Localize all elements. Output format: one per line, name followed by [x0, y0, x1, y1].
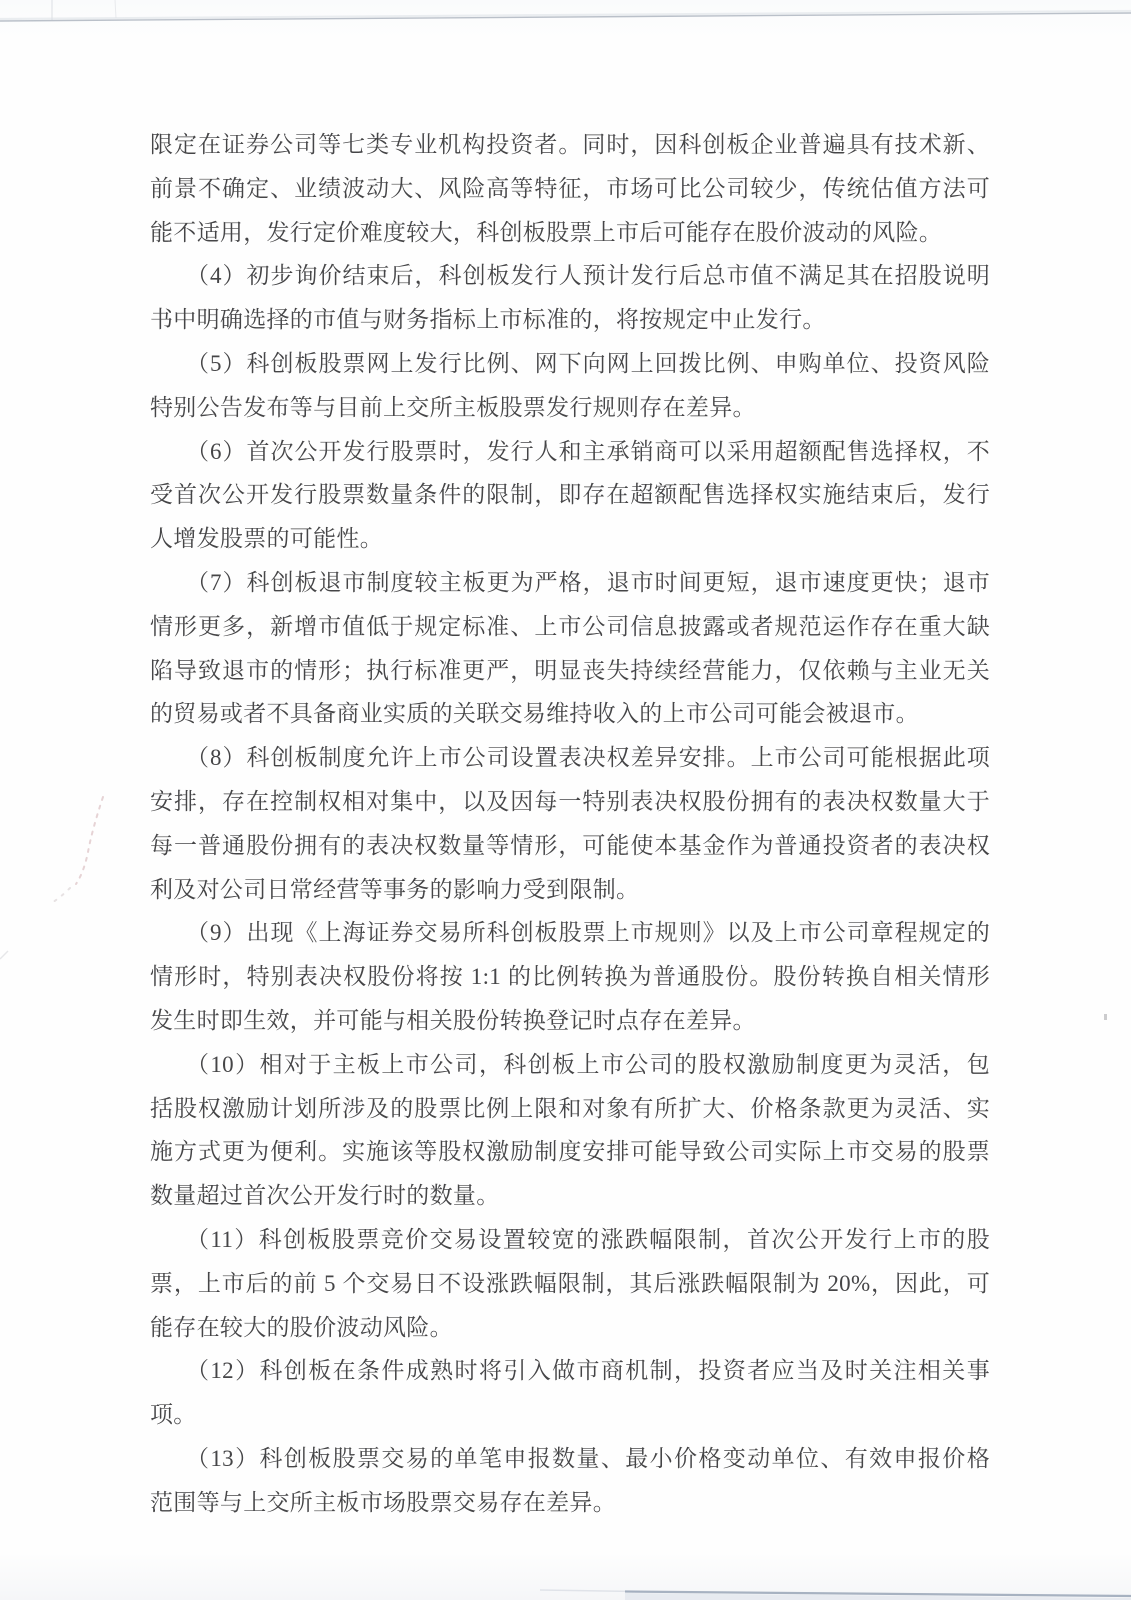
text-line: 能不适用，发行定价难度较大，科创板股票上市后可能存在股价波动的风险。: [150, 211, 990, 255]
top-tick-mark: [115, 0, 116, 18]
text-line: （13）科创板股票交易的单笔申报数量、最小价格变动单位、有效申报价格: [150, 1437, 990, 1481]
text-line: 每一普通股份拥有的表决权数量等情形，可能使本基金作为普通投资者的表决权: [150, 824, 990, 868]
text-line: 特别公告发布等与目前上交所主板股票发行规则存在差异。: [150, 386, 990, 430]
text-line: 能存在较大的股价波动风险。: [150, 1306, 990, 1350]
text-line: 的贸易或者不具备商业实质的关联交易维持收入的上市公司可能会被退市。: [150, 692, 990, 736]
bottom-edge-scan-line: [540, 1590, 640, 1592]
text-line: （10）相对于主板上市公司，科创板上市公司的股权激励制度更为灵活，包: [150, 1043, 990, 1087]
text-line: （7）科创板退市制度较主板更为严格，退市时间更短，退市速度更快；退市: [150, 561, 990, 605]
text-line: 情形更多，新增市值低于规定标准、上市公司信息披露或者规范运作存在重大缺: [150, 605, 990, 649]
paragraph-item-4: （4）初步询价结束后，科创板发行人预计发行后总市值不满足其在招股说明 书中明确选…: [150, 254, 990, 342]
text-line: 括股权激励计划所涉及的股票比例上限和对象有所扩大、价格条款更为灵活、实: [150, 1087, 990, 1131]
bottom-edge-shadow: [625, 1593, 1131, 1600]
text-line: （9）出现《上海证券交易所科创板股票上市规则》以及上市公司章程规定的: [150, 911, 990, 955]
document-text-block: 限定在证券公司等七类专业机构投资者。同时，因科创板企业普遍具有技术新、 前景不确…: [150, 123, 990, 1525]
text-line: 书中明确选择的市值与财务指标上市标准的，将按规定中止发行。: [150, 298, 990, 342]
text-line: 人增发股票的可能性。: [150, 517, 990, 561]
text-line: （6）首次公开发行股票时，发行人和主承销商可以采用超额配售选择权，不: [150, 430, 990, 474]
text-line: （8）科创板制度允许上市公司设置表决权差异安排。上市公司可能根据此项: [150, 736, 990, 780]
top-edge-scan-line: [0, 13, 1131, 21]
text-line: 项。: [150, 1393, 990, 1437]
margin-smudge: [76, 797, 103, 884]
text-line: 安排，存在控制权相对集中，以及因每一特别表决权股份拥有的表决权数量大于: [150, 780, 990, 824]
top-edge-scan-line: [0, 11, 1131, 19]
margin-smudge: [50, 888, 70, 904]
paragraph-intro-continued: 限定在证券公司等七类专业机构投资者。同时，因科创板企业普遍具有技术新、 前景不确…: [150, 123, 990, 254]
paragraph-item-8: （8）科创板制度允许上市公司设置表决权差异安排。上市公司可能根据此项 安排，存在…: [150, 736, 990, 911]
paragraph-item-11: （11）科创板股票竞价交易设置较宽的涨跌幅限制，首次公开发行上市的股 票，上市后…: [150, 1218, 990, 1349]
paragraph-item-13: （13）科创板股票交易的单笔申报数量、最小价格变动单位、有效申报价格 范围等与上…: [150, 1437, 990, 1525]
text-line: 利及对公司日常经营等事务的影响力受到限制。: [150, 868, 990, 912]
speck-artifact: [1104, 1014, 1107, 1020]
text-line: （11）科创板股票竞价交易设置较宽的涨跌幅限制，首次公开发行上市的股: [150, 1218, 990, 1262]
text-line: 陷导致退市的情形；执行标准更严，明显丧失持续经营能力，仅依赖与主业无关: [150, 649, 990, 693]
text-line: （5）科创板股票网上发行比例、网下向网上回拨比例、申购单位、投资风险: [150, 342, 990, 386]
bottom-edge-scan-line: [625, 1592, 1131, 1597]
paragraph-item-12: （12）科创板在条件成熟时将引入做市商机制，投资者应当及时关注相关事 项。: [150, 1349, 990, 1437]
paragraph-item-10: （10）相对于主板上市公司，科创板上市公司的股权激励制度更为灵活，包 括股权激励…: [150, 1043, 990, 1218]
edge-mark-artifact: [0, 951, 8, 959]
document-page: 限定在证券公司等七类专业机构投资者。同时，因科创板企业普遍具有技术新、 前景不确…: [0, 0, 1131, 1600]
text-line: 范围等与上交所主板市场股票交易存在差异。: [150, 1481, 990, 1525]
paragraph-item-5: （5）科创板股票网上发行比例、网下向网上回拨比例、申购单位、投资风险 特别公告发…: [150, 342, 990, 430]
text-line: 限定在证券公司等七类专业机构投资者。同时，因科创板企业普遍具有技术新、: [150, 123, 990, 167]
text-line: 施方式更为便利。实施该等股权激励制度安排可能导致公司实际上市交易的股票: [150, 1130, 990, 1174]
paragraph-item-6: （6）首次公开发行股票时，发行人和主承销商可以采用超额配售选择权，不 受首次公开…: [150, 430, 990, 561]
scanned-page: { "page": { "kind": "scanned document pa…: [0, 0, 1131, 1600]
paragraph-item-9: （9）出现《上海证券交易所科创板股票上市规则》以及上市公司章程规定的 情形时，特…: [150, 911, 990, 1042]
text-line: 前景不确定、业绩波动大、风险高等特征，市场可比公司较少，传统估值方法可: [150, 167, 990, 211]
text-line: 票，上市后的前 5 个交易日不设涨跌幅限制，其后涨跌幅限制为 20%，因此，可: [150, 1262, 990, 1306]
text-line: 情形时，特别表决权股份将按 1:1 的比例转换为普通股份。股份转换自相关情形: [150, 955, 990, 999]
text-line: 受首次公开发行股票数量条件的限制，即存在超额配售选择权实施结束后，发行: [150, 473, 990, 517]
text-line: 数量超过首次公开发行时的数量。: [150, 1174, 990, 1218]
text-line: （4）初步询价结束后，科创板发行人预计发行后总市值不满足其在招股说明: [150, 254, 990, 298]
text-line: 发生时即生效，并可能与相关股份转换登记时点存在差异。: [150, 999, 990, 1043]
text-line: （12）科创板在条件成熟时将引入做市商机制，投资者应当及时关注相关事: [150, 1349, 990, 1393]
paragraph-item-7: （7）科创板退市制度较主板更为严格，退市时间更短，退市速度更快；退市 情形更多，…: [150, 561, 990, 736]
